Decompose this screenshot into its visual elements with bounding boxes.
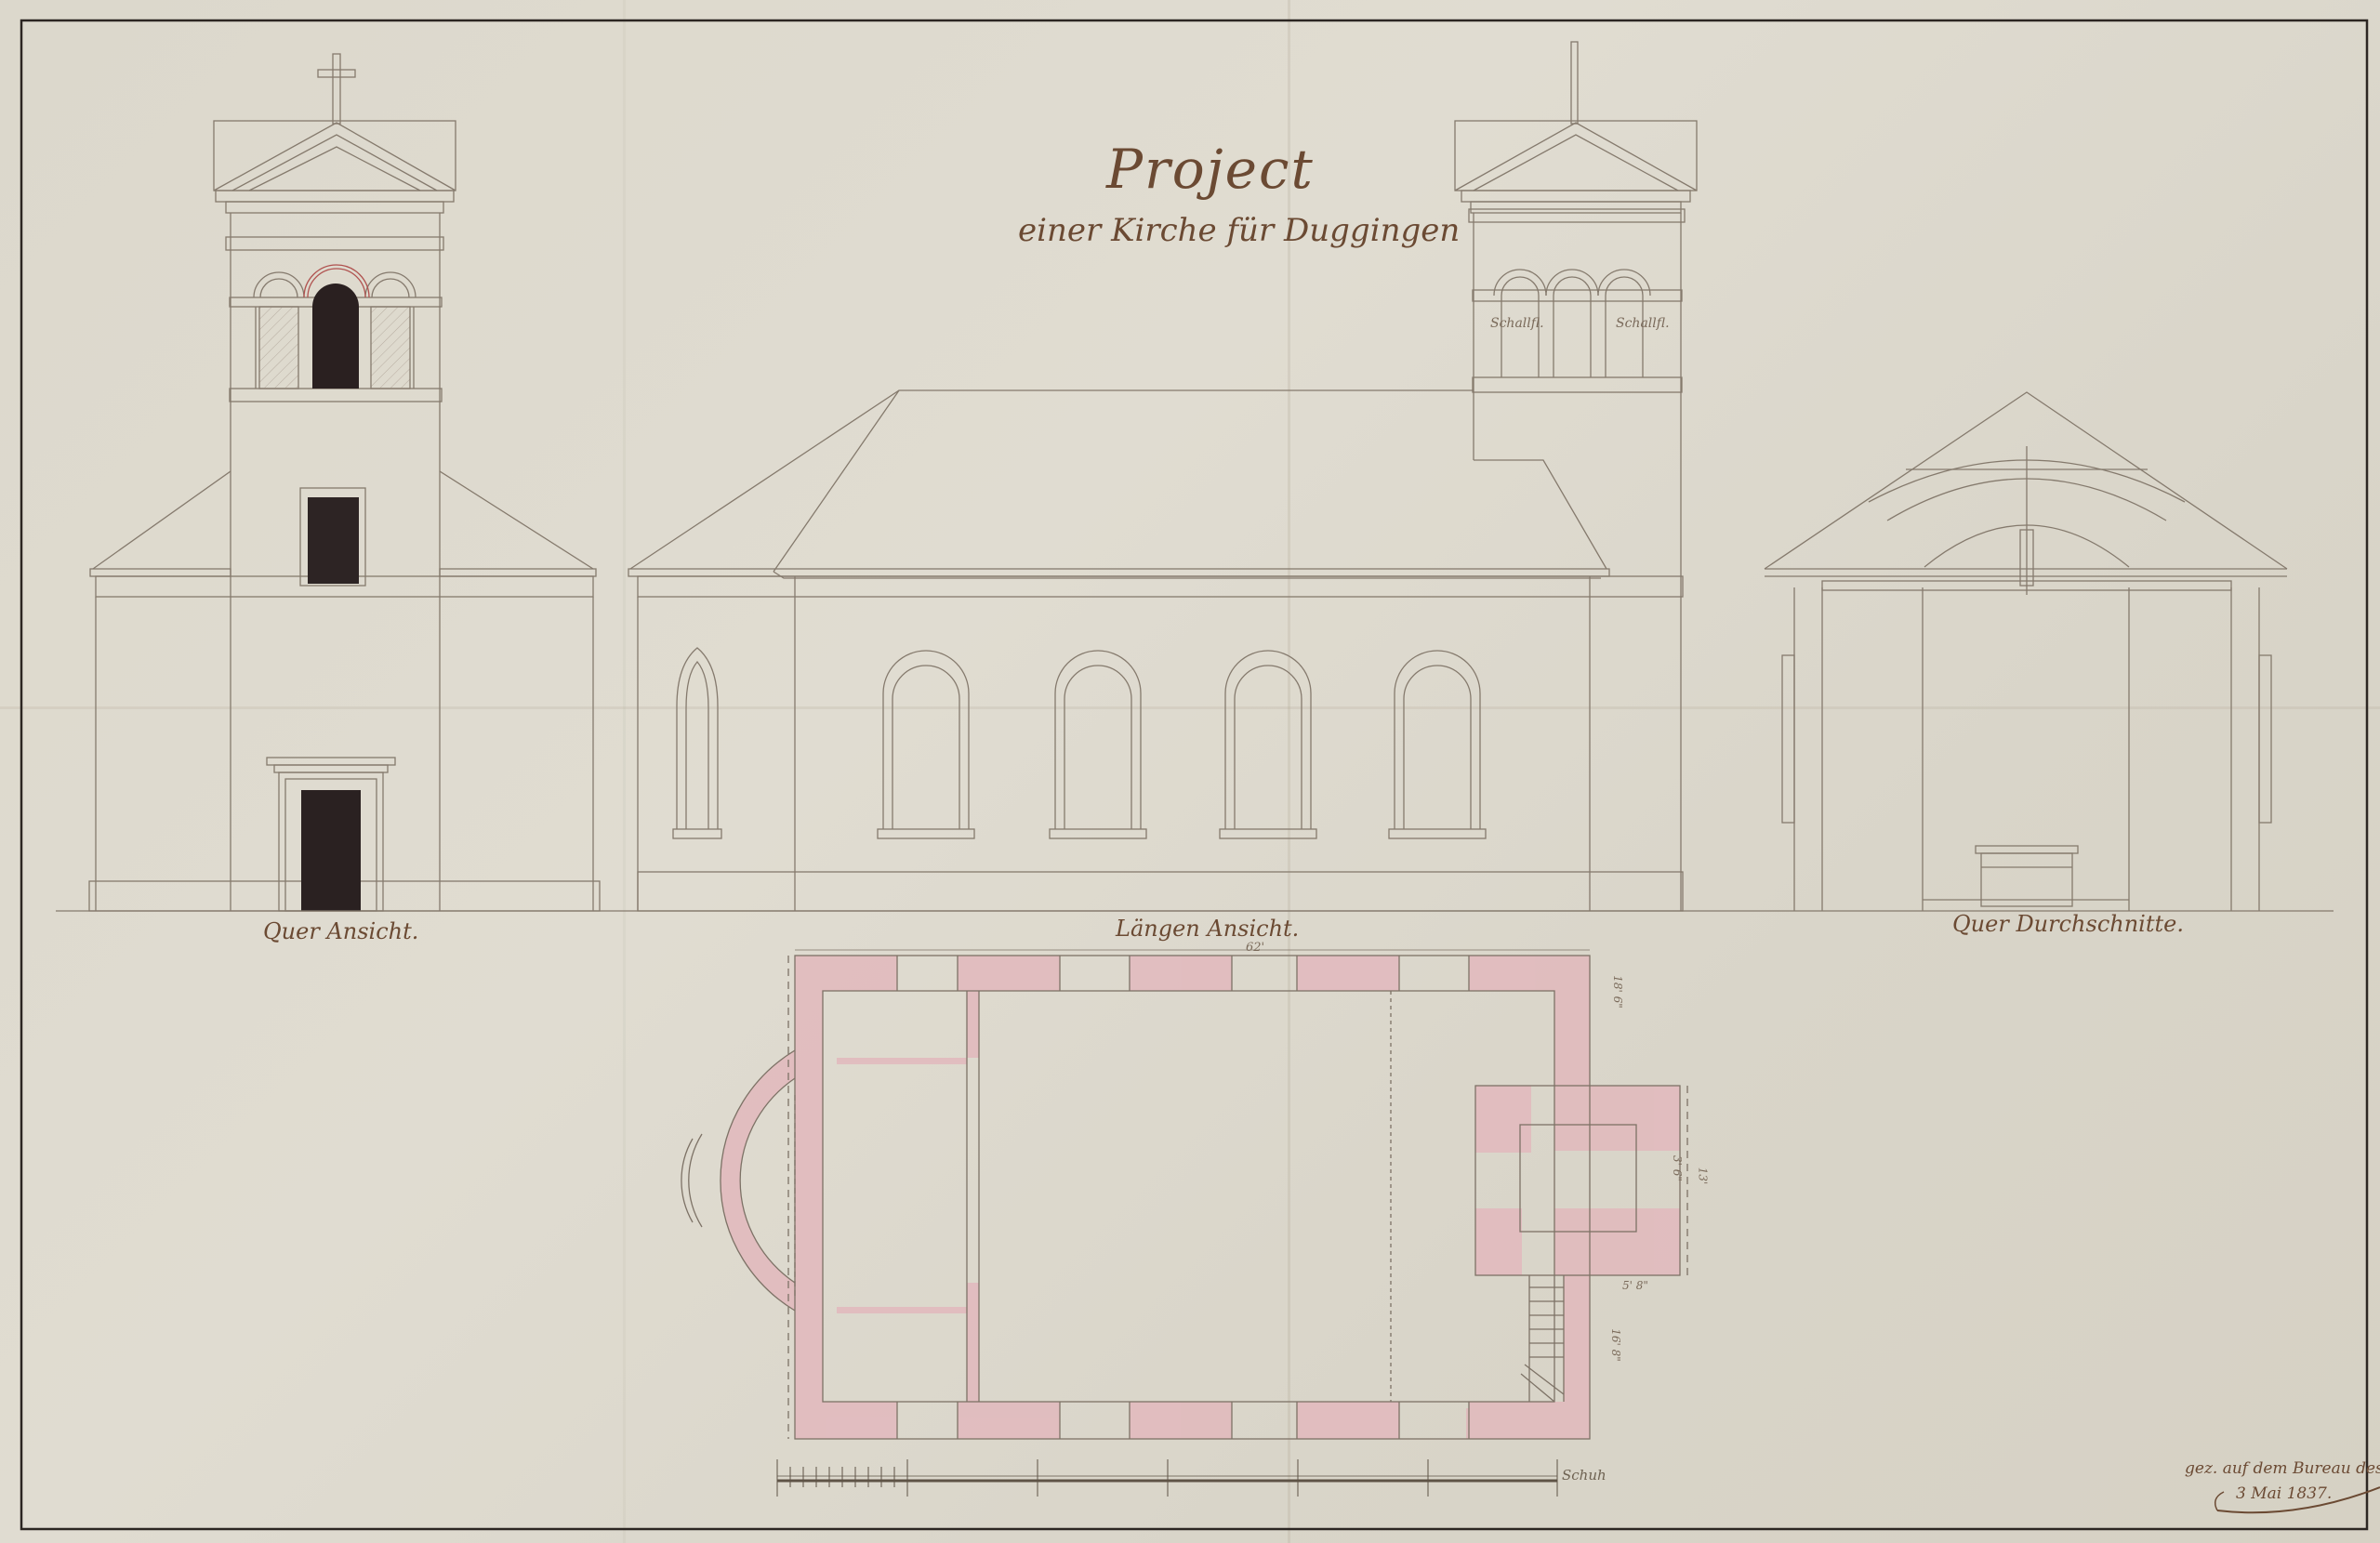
side-window-2	[1050, 651, 1146, 838]
label-cross-section: Quer Durchschnitte.	[1952, 911, 2184, 937]
side-window-4	[1389, 651, 1486, 838]
signature-date: 3 Mai 1837.	[2236, 1484, 2332, 1503]
side-window-1	[878, 651, 974, 838]
label-front-elevation: Quer Ansicht.	[263, 918, 418, 944]
tower-annotation: Schallfl.	[1616, 316, 1670, 331]
plan-dimension: 18' 6"	[1611, 975, 1624, 1009]
tower-annotation: Schallfl.	[1490, 316, 1544, 331]
signature-line-1: gez. auf dem Bureau des Bau-Dept.	[2185, 1459, 2380, 1478]
plan-dimension: 3' 6"	[1671, 1155, 1684, 1181]
plan-dimension-top: 62'	[1246, 941, 1264, 955]
floor-plan	[681, 950, 1687, 1439]
drawing-title: Project	[1106, 138, 1315, 201]
plan-dimension: 5' 8"	[1622, 1279, 1648, 1292]
scale-bar	[777, 1459, 1557, 1497]
plan-dimension: 13'	[1696, 1167, 1709, 1185]
upper-window-opening	[308, 497, 359, 584]
entrance-door-opening	[301, 790, 361, 911]
label-side-elevation: Längen Ansicht.	[1116, 916, 1299, 942]
belfry-opening	[312, 284, 359, 389]
plan-dimension: 16' 8"	[1609, 1328, 1622, 1362]
scale-bar-label: Schuh	[1562, 1467, 1606, 1484]
drawing-subtitle: einer Kirche für Duggingen	[1018, 212, 1460, 249]
cross-section	[1765, 392, 2287, 911]
side-window-3	[1220, 651, 1316, 838]
front-elevation	[89, 54, 600, 911]
